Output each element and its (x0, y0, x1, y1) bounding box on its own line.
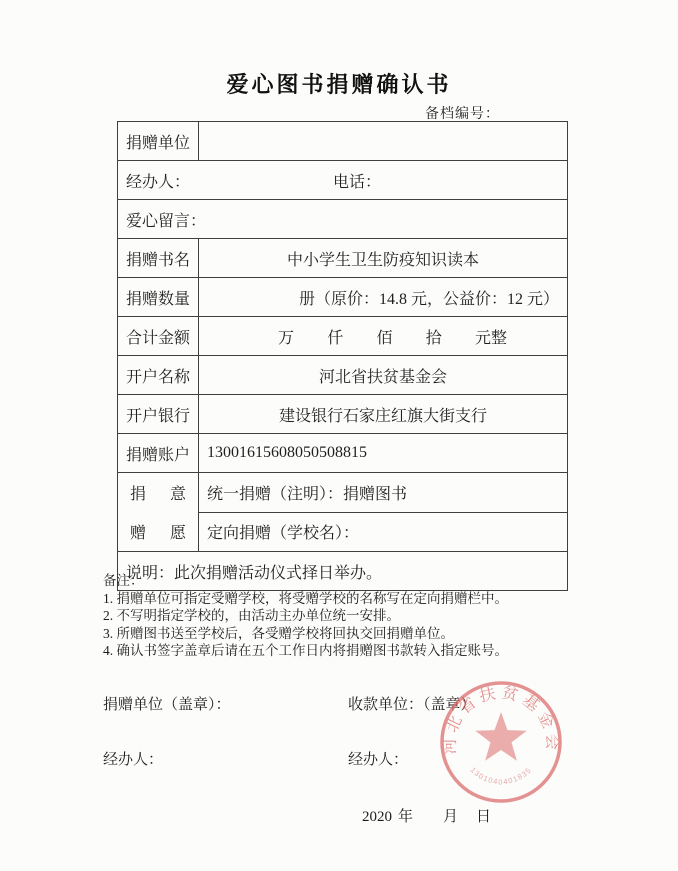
donation-confirmation-document: 爱心图书捐赠确认书 备档编号： 捐赠单位 经办人：电话： 爱心留言： 捐赠书名 … (0, 0, 678, 871)
intent-char: 捐 (130, 481, 146, 504)
book-name-value: 中小学生卫生防疫知识读本 (199, 239, 568, 278)
unit-yuan: 元整 (475, 325, 507, 348)
account-name-value: 河北省扶贫基金会 (199, 356, 568, 395)
table-row: 开户银行 建设银行石家庄红旗大街支行 (118, 395, 568, 434)
donation-intent-label: 捐 意 赠 愿 (118, 473, 199, 552)
table-row: 合计金额 万 仟 佰 拾 元整 (118, 317, 568, 356)
table-row: 捐赠账户 13001615608050508815 (118, 434, 568, 473)
intent-directed-value: 定向捐赠（学校名）： (199, 512, 568, 552)
table-row: 捐赠单位 (118, 122, 568, 161)
unit-qian: 仟 (327, 325, 343, 348)
table-row: 经办人：电话： (118, 161, 568, 200)
total-amount-label: 合计金额 (118, 317, 199, 356)
note-item: 1. 捐赠单位可指定受赠学校，将受赠学校的名称写在定向捐赠栏中。 (103, 590, 583, 608)
unit-shi: 拾 (426, 325, 442, 348)
table-row: 捐 意 赠 愿 统一捐赠（注明）：捐赠图书 (118, 473, 568, 513)
notes-heading: 备注： (103, 572, 583, 590)
agent-phone-cell: 经办人：电话： (118, 161, 568, 200)
payee-unit-seal-label: 收款单位：（盖章） (348, 693, 476, 714)
intent-unified-value: 统一捐赠（注明）：捐赠图书 (199, 473, 568, 513)
donation-form-table: 捐赠单位 经办人：电话： 爱心留言： 捐赠书名 中小学生卫生防疫知识读本 捐赠数… (117, 121, 568, 591)
note-item: 4. 确认书签字盖章后请在五个工作日内将捐赠图书款转入指定账号。 (103, 642, 583, 660)
seal-code: 1301040401835 (469, 765, 534, 786)
intent-char: 意 (170, 481, 186, 504)
date-year-label: 年 (398, 809, 413, 825)
date-year: 2020 (362, 809, 392, 825)
file-number-label: 备档编号： (425, 103, 500, 123)
table-row: 捐赠书名 中小学生卫生防疫知识读本 (118, 239, 568, 278)
bank-value: 建设银行石家庄红旗大街支行 (199, 395, 568, 434)
date-day-label: 日 (476, 809, 491, 825)
note-item: 3. 所赠图书送至学校后，各受赠学校将回执交回捐赠单位。 (103, 625, 583, 643)
donor-unit-label: 捐赠单位 (118, 122, 199, 161)
note-item: 2. 不写明指定学校的，由活动主办单位统一安排。 (103, 607, 583, 625)
table-row: 开户名称 河北省扶贫基金会 (118, 356, 568, 395)
account-number-value: 13001615608050508815 (199, 434, 568, 473)
total-amount-units: 万 仟 佰 拾 元整 (199, 317, 568, 356)
svg-text:1301040401835: 1301040401835 (469, 765, 534, 786)
donor-unit-seal-label: 捐赠单位（盖章）： (103, 693, 231, 714)
notes-block: 备注： 1. 捐赠单位可指定受赠学校，将受赠学校的名称写在定向捐赠栏中。 2. … (103, 572, 583, 660)
account-name-label: 开户名称 (118, 356, 199, 395)
book-name-label: 捐赠书名 (118, 239, 199, 278)
date-month-label: 月 (443, 809, 458, 825)
message-cell: 爱心留言： (118, 200, 568, 239)
quantity-label: 捐赠数量 (118, 278, 199, 317)
quantity-value: 册（原价：14.8 元，公益价：12 元） (199, 278, 568, 317)
intent-char: 赠 (130, 520, 146, 543)
payee-agent-label: 经办人： (348, 748, 408, 769)
table-row: 爱心留言： (118, 200, 568, 239)
agent-label: 经办人： (126, 169, 333, 192)
phone-label: 电话： (333, 174, 381, 191)
date-line: 2020年月日 (362, 805, 491, 826)
bank-label: 开户银行 (118, 395, 199, 434)
unit-wan: 万 (278, 325, 294, 348)
account-number-label: 捐赠账户 (118, 434, 199, 473)
unit-bai: 佰 (376, 325, 392, 348)
donor-agent-label: 经办人： (103, 748, 163, 769)
intent-char: 愿 (170, 520, 186, 543)
donor-unit-value-cell (199, 122, 568, 161)
table-row: 捐赠数量 册（原价：14.8 元，公益价：12 元） (118, 278, 568, 317)
page-title: 爱心图书捐赠确认书 (0, 68, 678, 99)
star-icon (475, 712, 526, 761)
